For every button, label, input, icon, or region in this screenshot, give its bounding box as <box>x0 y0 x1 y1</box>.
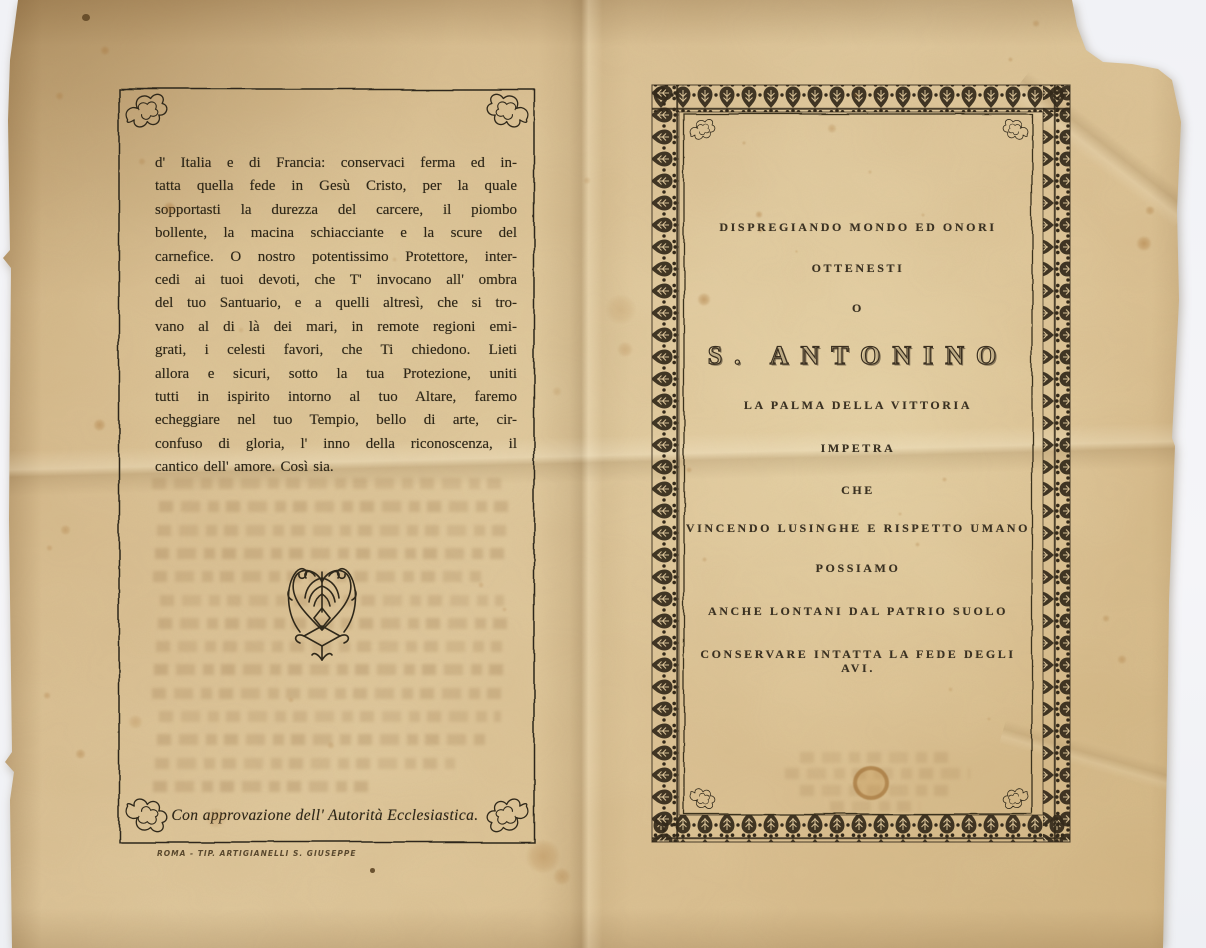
prayer-line: bollente, la macina schiacciante e la sc… <box>155 222 517 245</box>
prayer-line: vano al di là dei mari, in remote region… <box>155 316 517 339</box>
invocation-line: O <box>684 301 1032 315</box>
petition-line: LA PALMA DELLA VITTORIA <box>684 398 1032 412</box>
invocation-line: DISPREGIANDO MONDO ED ONORI <box>684 220 1032 234</box>
paper-sheet: d' Italia e di Francia: conservaci ferma… <box>0 0 1206 948</box>
prayer-line: tatta quella fede in Gesù Cristo, per la… <box>155 175 517 198</box>
corner-scroll-icon <box>690 119 715 139</box>
ring-stain <box>853 766 889 800</box>
invocation-line: OTTENESTI <box>684 261 1032 275</box>
prayer-line: allora e sicuri, sotto la tua Protezione… <box>155 363 517 386</box>
ornate-acanthus-border <box>650 82 1072 872</box>
saint-name-title: S. ANTONINO <box>684 341 1032 371</box>
petition-line: VINCENDO LUSINGHE E RISPETTO UMANO <box>684 521 1032 535</box>
prayer-line: echeggiare nel tuo Tempio, bello di arte… <box>155 409 517 432</box>
prayer-line: d' Italia e di Francia: conservaci ferma… <box>155 152 517 175</box>
prayer-line: cantico dell' amore. Così sia. <box>155 456 517 479</box>
petition-line: CHE <box>684 483 1032 497</box>
prayer-line: grati, i celesti favori, che Ti chiedono… <box>155 339 517 362</box>
petition-line: POSSIAMO <box>684 561 1032 575</box>
scanner-background: d' Italia e di Francia: conservaci ferma… <box>0 0 1206 948</box>
petition-line: IMPETRA <box>684 441 1032 455</box>
paper-wrap: d' Italia e di Francia: conservaci ferma… <box>0 0 1206 948</box>
corner-scroll-icon <box>487 94 528 127</box>
prayer-line: carnefice. O nostro potentissimo Protett… <box>155 246 517 269</box>
prayer-text-block: d' Italia e di Francia: conservaci ferma… <box>155 152 517 480</box>
ecclesiastical-approval-line: Con approvazione dell' Autorità Ecclesia… <box>118 806 532 826</box>
printer-imprint: ROMA - TIP. ARTIGIANELLI S. GIUSEPPE <box>157 849 356 859</box>
center-fold-crease <box>538 0 630 948</box>
prayer-line: del tuo Santuario, e a quelli altresì, c… <box>155 292 517 315</box>
prayer-line: tutti in ispirito intorno al tuo Altare,… <box>155 386 517 409</box>
corner-scroll-icon <box>126 94 167 127</box>
petition-line: CONSERVARE INTATTA LA FEDE DEGLI AVI. <box>684 647 1032 675</box>
prayer-line: sopportasti la durezza del carcere, il p… <box>155 199 517 222</box>
heart-ornament-icon <box>272 556 372 666</box>
corner-scroll-icon <box>690 789 715 809</box>
prayer-line: cedi ai tuoi devoti, che T' invocano all… <box>155 269 517 292</box>
petition-line: ANCHE LONTANI DAL PATRIO SUOLO <box>684 604 1032 618</box>
corner-scroll-icon <box>1003 789 1028 809</box>
corner-scroll-icon <box>1003 119 1028 139</box>
prayer-line: confuso di gloria, l' inno della riconos… <box>155 433 517 456</box>
